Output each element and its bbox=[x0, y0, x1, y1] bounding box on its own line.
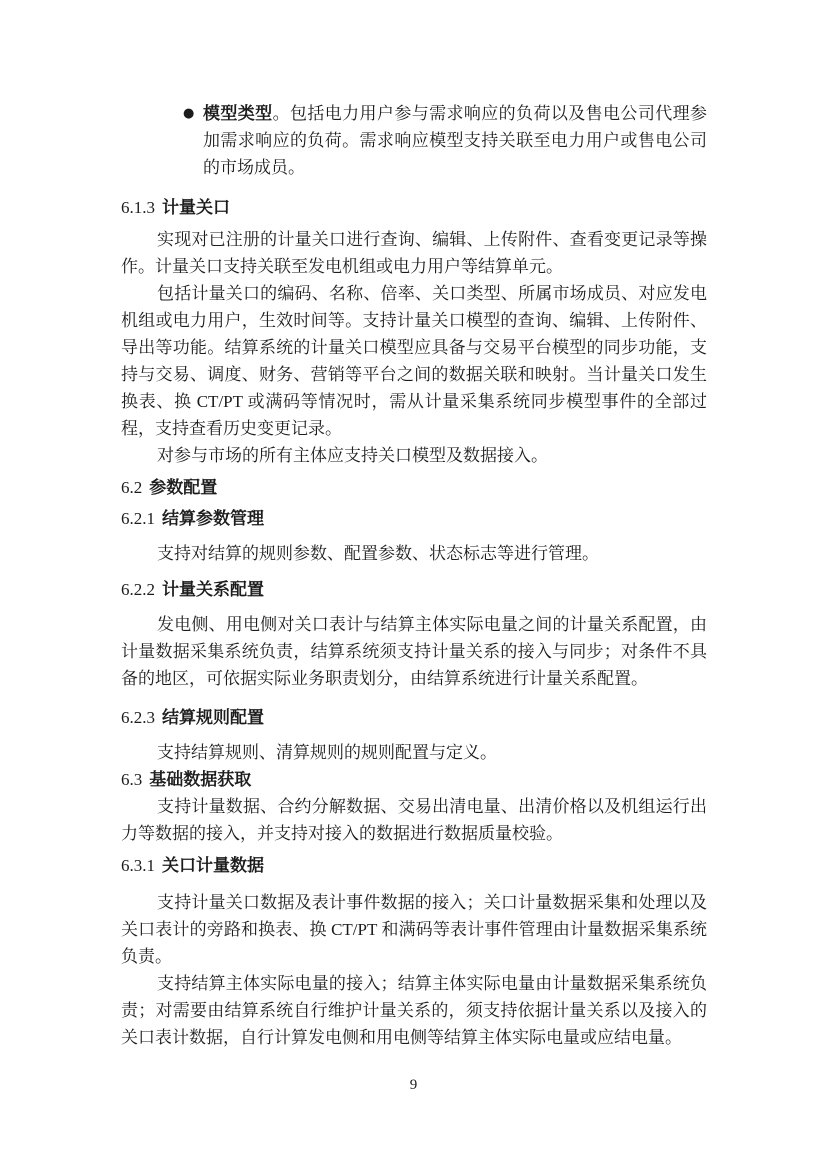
heading-label: 计量关系配置 bbox=[162, 580, 264, 599]
paragraph: 支持结算规则、清算规则的规则配置与定义。 bbox=[121, 739, 707, 766]
heading-6-3-1: 6.3.1关口计量数据 bbox=[121, 852, 707, 879]
page-number: 9 bbox=[0, 1072, 827, 1099]
paragraph: 发电侧、用电侧对关口表计与结算主体实际电量之间的计量关系配置，由计量数据采集系统… bbox=[121, 611, 707, 692]
paragraph: 支持结算主体实际电量的接入；结算主体实际电量由计量数据采集系统负责；对需要由结算… bbox=[121, 970, 707, 1051]
paragraph: 实现对已注册的计量关口进行查询、编辑、上传附件、查看变更记录等操作。计量关口支持… bbox=[121, 226, 707, 280]
heading-label: 结算规则配置 bbox=[162, 708, 264, 727]
paragraph: 支持计量数据、合约分解数据、交易出清电量、出清价格以及机组运行出力等数据的接入，… bbox=[121, 793, 707, 847]
bullet-item-model-type: ● 模型类型。包括电力用户参与需求响应的负荷以及售电公司代理参加需求响应的负荷。… bbox=[121, 100, 707, 181]
heading-label: 结算参数管理 bbox=[162, 509, 264, 528]
heading-label: 关口计量数据 bbox=[162, 856, 264, 875]
heading-6-2-2: 6.2.2计量关系配置 bbox=[121, 576, 707, 603]
paragraph: 包括计量关口的编码、名称、倍率、关口类型、所属市场成员、对应发电机组或电力用户，… bbox=[121, 280, 707, 442]
heading-6-2-1: 6.2.1结算参数管理 bbox=[121, 505, 707, 532]
heading-number: 6.1.3 bbox=[121, 198, 155, 217]
heading-number: 6.2.1 bbox=[121, 509, 155, 528]
heading-number: 6.2.3 bbox=[121, 708, 155, 727]
paragraph: 支持计量关口数据及表计事件数据的接入；关口计量数据采集和处理以及关口表计的旁路和… bbox=[121, 889, 707, 970]
page-content: ● 模型类型。包括电力用户参与需求响应的负荷以及售电公司代理参加需求响应的负荷。… bbox=[121, 100, 707, 1051]
heading-6-3: 6.3基础数据获取 bbox=[121, 766, 707, 793]
bullet-body-text: 。包括电力用户参与需求响应的负荷以及售电公司代理参加需求响应的负荷。需求响应模型… bbox=[203, 104, 707, 177]
heading-6-2-3: 6.2.3结算规则配置 bbox=[121, 704, 707, 731]
heading-number: 6.2 bbox=[121, 478, 142, 497]
paragraph: 支持对结算的规则参数、配置参数、状态标志等进行管理。 bbox=[121, 540, 707, 567]
heading-number: 6.2.2 bbox=[121, 580, 155, 599]
heading-number: 6.3.1 bbox=[121, 856, 155, 875]
heading-number: 6.3 bbox=[121, 770, 142, 789]
heading-label: 基础数据获取 bbox=[149, 770, 251, 789]
heading-label: 计量关口 bbox=[162, 198, 230, 217]
heading-6-2: 6.2参数配置 bbox=[121, 474, 707, 501]
document-page: ● 模型类型。包括电力用户参与需求响应的负荷以及售电公司代理参加需求响应的负荷。… bbox=[0, 0, 827, 1169]
bullet-icon: ● bbox=[183, 100, 194, 127]
heading-label: 参数配置 bbox=[149, 478, 217, 497]
bullet-lead-text: 模型类型 bbox=[203, 104, 273, 123]
heading-6-1-3: 6.1.3计量关口 bbox=[121, 194, 707, 221]
paragraph: 对参与市场的所有主体应支持关口模型及数据接入。 bbox=[121, 442, 707, 469]
